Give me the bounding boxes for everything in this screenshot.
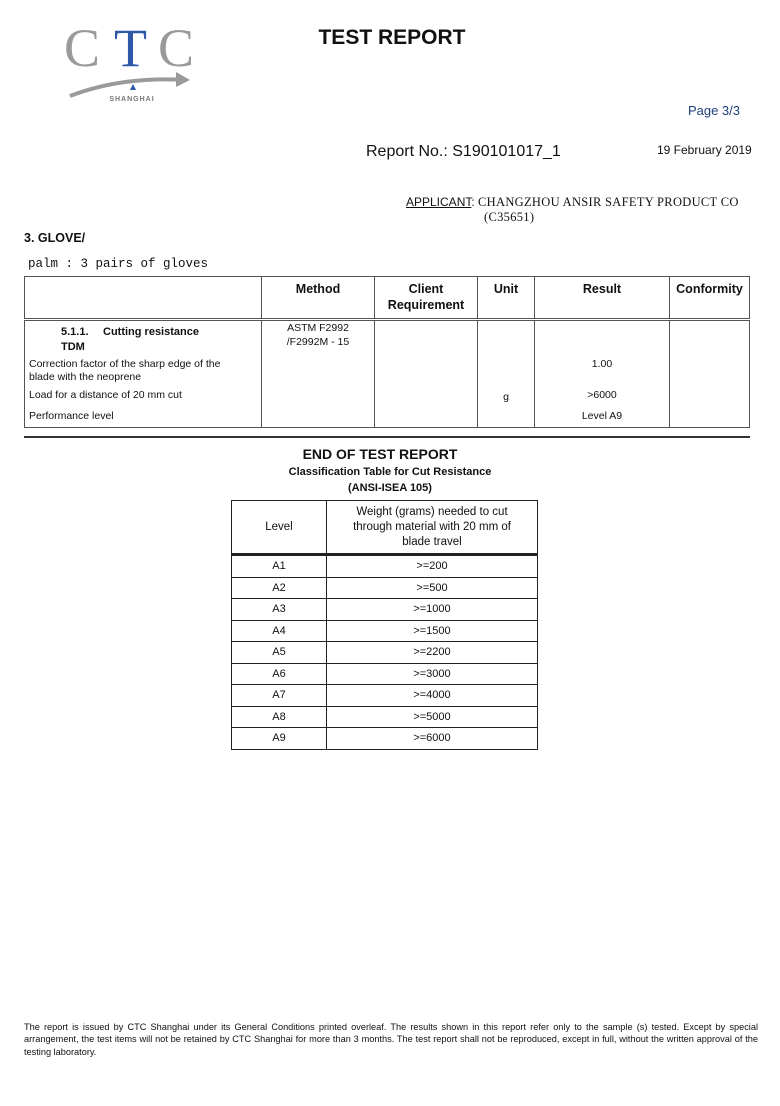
col-header-method: Method	[262, 277, 375, 320]
method-cell: ASTM F2992/F2992M - 15	[262, 320, 375, 428]
result-performance-level: Level A9	[535, 410, 669, 422]
sample-description: palm : 3 pairs of gloves	[28, 257, 208, 271]
level-cell: A3	[232, 599, 327, 621]
level-cell: A6	[232, 663, 327, 685]
weight-cell: >=5000	[327, 706, 538, 728]
table-row: A3>=1000	[232, 599, 538, 621]
weight-cell: >=1500	[327, 620, 538, 642]
conformity-cell	[670, 320, 750, 428]
classification-header-row: Level Weight (grams) needed to cutthroug…	[232, 501, 538, 555]
footer-disclaimer: The report is issued by CTC Shanghai und…	[24, 1021, 758, 1058]
unit-cell: g	[478, 320, 535, 428]
col-header-conformity: Conformity	[670, 277, 750, 320]
item-heading: 5.1.1.Cutting resistance TDM	[25, 321, 261, 355]
table-row: A8>=5000	[232, 706, 538, 728]
weight-cell: >=3000	[327, 663, 538, 685]
classification-table: Level Weight (grams) needed to cutthroug…	[231, 500, 538, 750]
table-row: A2>=500	[232, 577, 538, 599]
svg-text:SHANGHAI: SHANGHAI	[109, 96, 154, 103]
row-label-performance: Performance level	[25, 410, 261, 423]
col-header-item	[25, 277, 262, 320]
col-header-result: Result	[535, 277, 670, 320]
report-date: 19 February 2019	[657, 143, 752, 157]
results-header-row: Method ClientRequirement Unit Result Con…	[25, 277, 750, 320]
table-row: A4>=1500	[232, 620, 538, 642]
report-title: TEST REPORT	[0, 26, 780, 50]
weight-cell: >=4000	[327, 685, 538, 707]
weight-cell: >=500	[327, 577, 538, 599]
col-header-client-requirement: ClientRequirement	[375, 277, 478, 320]
level-cell: A5	[232, 642, 327, 664]
level-cell: A8	[232, 706, 327, 728]
applicant-label: APPLICANT	[406, 195, 471, 209]
level-cell: A9	[232, 728, 327, 750]
classification-subtitle: (ANSI-ISEA 105)	[0, 482, 780, 494]
level-cell: A4	[232, 620, 327, 642]
weight-cell: >=1000	[327, 599, 538, 621]
level-cell: A7	[232, 685, 327, 707]
classification-body: A1>=200A2>=500A3>=1000A4>=1500A5>=2200A6…	[232, 555, 538, 750]
weight-cell: >=2200	[327, 642, 538, 664]
level-cell: A2	[232, 577, 327, 599]
row-label-correction-factor: Correction factor of the sharp edge of t…	[25, 358, 261, 384]
result-cell: 1.00 >6000 Level A9	[535, 320, 670, 428]
report-number: Report No.: S190101017_1	[366, 143, 561, 161]
applicant-name: CHANGZHOU ANSIR SAFETY PRODUCT CO	[478, 195, 739, 209]
row-label-load: Load for a distance of 20 mm cut	[25, 389, 261, 402]
section-title: 3. GLOVE/	[24, 231, 85, 245]
unit-load: g	[478, 391, 534, 403]
table-row: A7>=4000	[232, 685, 538, 707]
weight-cell: >=6000	[327, 728, 538, 750]
col-header-level: Level	[232, 501, 327, 555]
applicant-code: (C35651)	[484, 210, 534, 225]
item-cell: 5.1.1.Cutting resistance TDM Correction …	[25, 320, 262, 428]
table-row: 5.1.1.Cutting resistance TDM Correction …	[25, 320, 750, 428]
table-row: A5>=2200	[232, 642, 538, 664]
page-number: Page 3/3	[688, 103, 740, 118]
classification-title: Classification Table for Cut Resistance	[0, 466, 780, 478]
client-requirement-cell	[375, 320, 478, 428]
level-cell: A1	[232, 555, 327, 578]
results-table: Method ClientRequirement Unit Result Con…	[24, 276, 750, 428]
table-row: A1>=200	[232, 555, 538, 578]
weight-cell: >=200	[327, 555, 538, 578]
result-correction-factor: 1.00	[535, 358, 669, 370]
table-row: A9>=6000	[232, 728, 538, 750]
applicant: APPLICANT: CHANGZHOU ANSIR SAFETY PRODUC…	[406, 195, 739, 210]
divider	[24, 436, 750, 438]
col-header-weight: Weight (grams) needed to cutthrough mate…	[327, 501, 538, 555]
table-row: A6>=3000	[232, 663, 538, 685]
result-load: >6000	[535, 389, 669, 401]
col-header-unit: Unit	[478, 277, 535, 320]
end-of-report: END OF TEST REPORT	[0, 446, 760, 462]
